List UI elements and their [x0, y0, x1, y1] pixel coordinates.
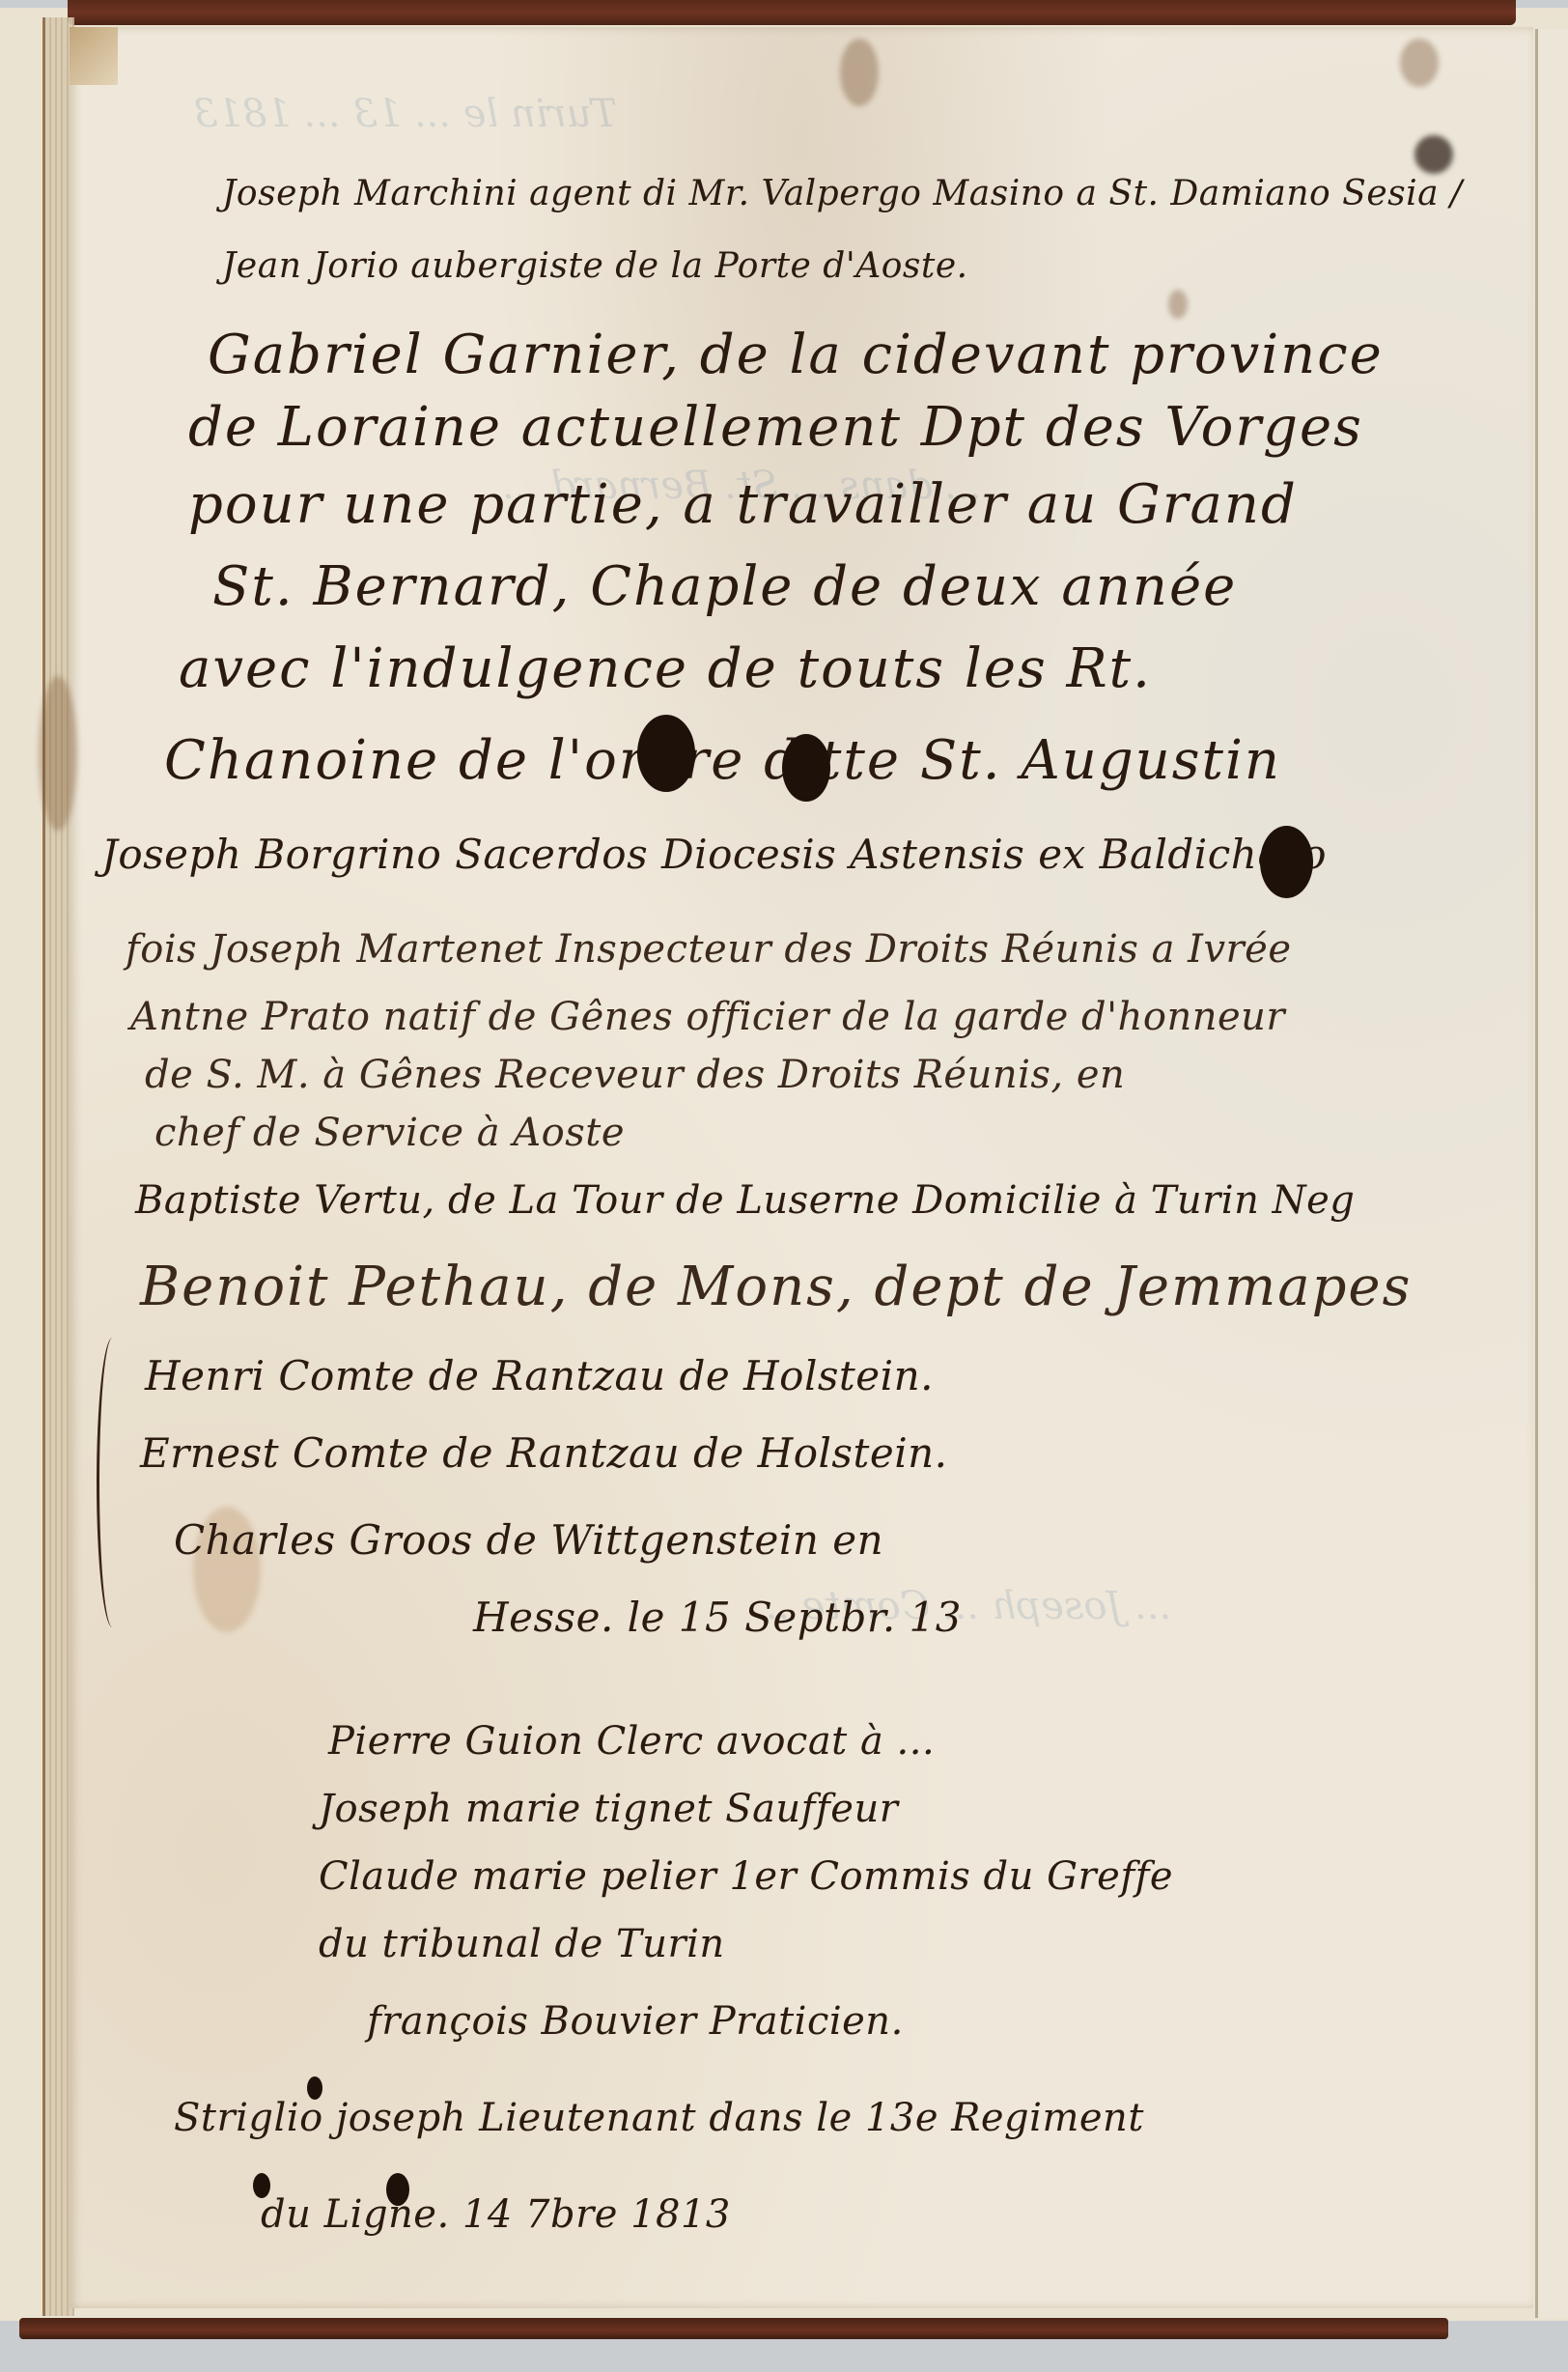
entry-line: Antne Prato natif de Gênes officier de l… [130, 995, 1285, 1039]
ink-spot [1414, 135, 1453, 174]
entry-line: du Ligne. 14 7bre 1813 [261, 2192, 731, 2237]
entry-line: Joseph Marchini agent di Mr. Valpergo Ma… [222, 174, 1463, 213]
entry-line: Joseph Borgrino Sacerdos Diocesis Astens… [101, 831, 1327, 878]
entry-line: Pierre Guion Clerc avocat à ... [328, 1719, 935, 1764]
ink-dot [253, 2173, 270, 2198]
entry-line: de S. M. à Gênes Receveur des Droits Réu… [145, 1053, 1125, 1097]
entry-line: Joseph marie tignet Sauffeur [319, 1787, 898, 1831]
entry-line: Benoit Pethau, de Mons, dept de Jemmapes [140, 1256, 1412, 1318]
entry-line: Claude marie pelier 1er Commis du Greffe [319, 1854, 1173, 1899]
entry-line: de Loraine actuellement Dpt des Vorges [188, 396, 1363, 459]
entry-line: chef de Service à Aoste [154, 1111, 625, 1155]
entry-line: Jean Jorio aubergiste de la Porte d'Aost… [222, 246, 968, 286]
ink-blot [637, 715, 695, 792]
ink-dot [307, 2076, 322, 2100]
entry-line: Ernest Comte de Rantzau de Holstein. [140, 1429, 948, 1477]
book-cover-top-edge [68, 0, 1516, 25]
stain [1400, 39, 1439, 87]
entry-line: Gabriel Garnier, de la cidevant province [208, 324, 1384, 386]
entry-line: françois Bouvier Praticien. [367, 1999, 904, 2044]
entry-line: Chanoine de l'ordre ditte St. Augustin [164, 729, 1281, 792]
entry-line: pour une partie, a travailler au Grand [188, 473, 1298, 536]
entry-line: fois Joseph Martenet Inspecteur des Droi… [126, 927, 1292, 972]
entry-line: Charles Groos de Wittgenstein en [174, 1516, 883, 1564]
entry-line: Hesse. le 15 Septbr. 13 [473, 1594, 962, 1641]
bracket-mark [97, 1338, 128, 1627]
stain [1168, 290, 1188, 319]
corner-fold [70, 27, 118, 85]
entry-line: Striglio joseph Lieutenant dans le 13e R… [174, 2096, 1144, 2140]
stain [840, 39, 879, 106]
ink-dot [386, 2173, 409, 2206]
ink-blot [1260, 826, 1313, 898]
entry-line: St. Bernard, Chaple de deux année [212, 555, 1237, 618]
right-page-leaf [1535, 29, 1568, 2318]
entry-line: Baptiste Vertu, de La Tour de Luserne Do… [135, 1178, 1355, 1223]
book-cover-bottom-edge [19, 2318, 1448, 2339]
stain [39, 676, 77, 831]
entry-line: avec l'indulgence de touts les Rt. [179, 637, 1152, 700]
entry-line: Henri Comte de Rantzau de Holstein. [145, 1352, 934, 1399]
entry-line: du tribunal de Turin [319, 1922, 725, 1966]
ink-blot [782, 734, 830, 802]
